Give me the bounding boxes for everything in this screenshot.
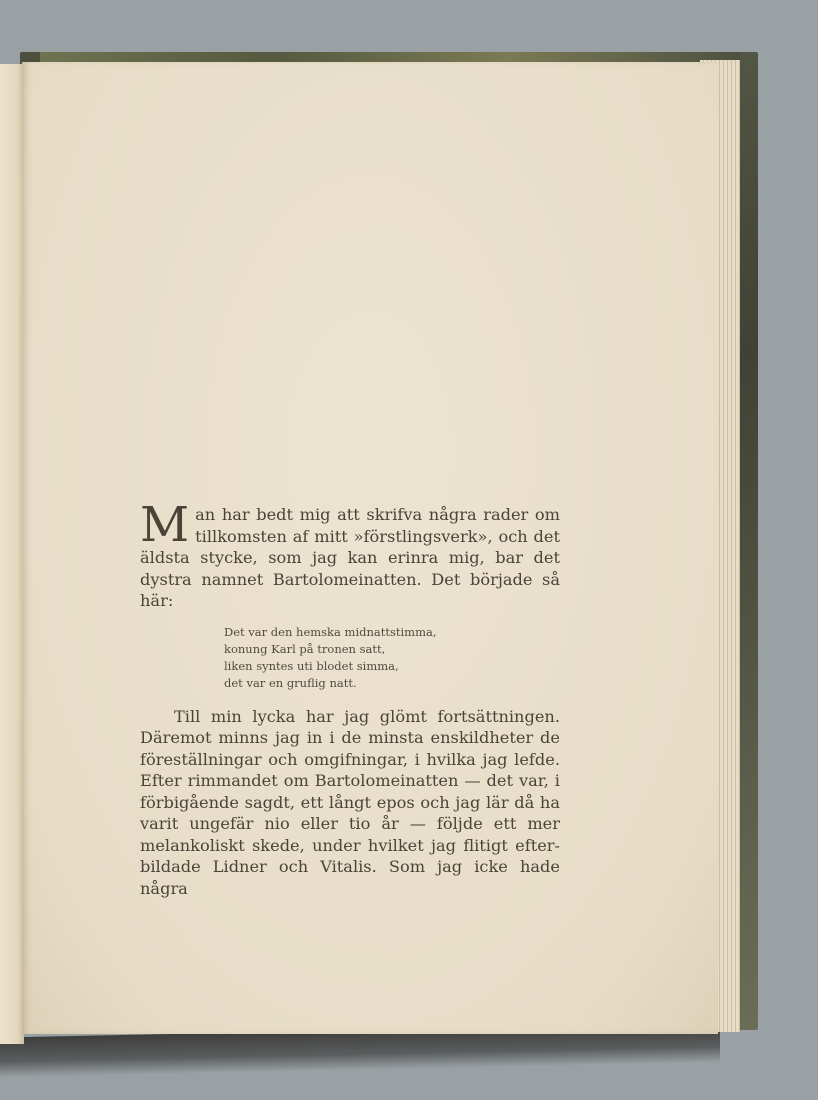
- left-page-edge: [0, 64, 24, 1044]
- drop-cap: M: [140, 506, 189, 544]
- verse-line: konung Karl på tronen satt,: [224, 641, 560, 658]
- verse-line: det var en gruflig natt.: [224, 675, 560, 692]
- page-text: Man har bedt mig att skrifva några rader…: [140, 504, 560, 899]
- verse-line: liken syntes uti blodet simma,: [224, 658, 560, 675]
- verse-block: Det var den hemska midnattstimma, konung…: [224, 624, 560, 692]
- body-paragraph: Till min lycka har jag glömt fortsättnin…: [140, 706, 560, 900]
- intro-text: an har bedt mig att skrifva några rader …: [140, 505, 560, 610]
- verse-line: Det var den hemska midnattstimma,: [224, 624, 560, 641]
- intro-paragraph: Man har bedt mig att skrifva några rader…: [140, 504, 560, 612]
